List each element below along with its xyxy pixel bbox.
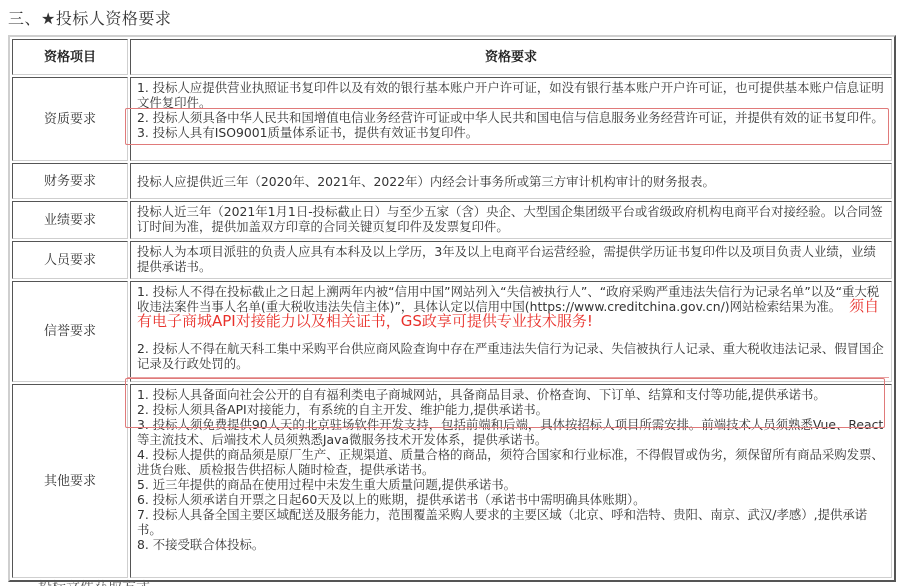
requirement-line: 1. 投标人应提供营业执照证书复印件以及有效的银行基本账户开户许可证，如没有银行… [137, 80, 885, 110]
category-cell: 信誉要求 [12, 281, 128, 382]
requirement-line: 4. 投标人提供的商品须是原厂生产、正规渠道、质量合格的商品，须符合国家和行业标… [137, 447, 885, 477]
table-row: 资质要求 1. 投标人应提供营业执照证书复印件以及有效的银行基本账户开户许可证，… [12, 77, 892, 161]
requirement-line: 投标人应提供近三年（2020年、2021年、2022年）内经会计事务所或第三方审… [137, 174, 885, 189]
category-cell: 财务要求 [12, 163, 128, 199]
requirement-cell: 1. 投标人应提供营业执照证书复印件以及有效的银行基本账户开户许可证，如没有银行… [130, 77, 892, 161]
table-header-row: 资格项目 资格要求 [12, 39, 892, 75]
requirement-line: 5. 近三年提供的商品在使用过程中未发生重大质量问题,提供承诺书。 [137, 477, 885, 492]
requirement-line: 投标人为本项目派驻的负责人应具有本科及以上学历，3年及以上电商平台运营经验，需提… [137, 244, 885, 274]
requirement-line: 投标人近三年（2021年1月1日-投标截止日）与至少五家（含）央企、大型国企集团… [137, 204, 885, 234]
header-item: 资格项目 [12, 39, 128, 75]
requirement-line: 2. 投标人须具备中华人民共和国增值电信业务经营许可证或中华人民共和国电信与信息… [137, 110, 885, 125]
header-requirement: 资格要求 [130, 39, 892, 75]
section-heading: 三、★投标人资格要求 [8, 6, 171, 29]
requirement-line: 3. 投标人须免费提供90人天的北京驻场软件开发支持，包括前端和后端，具体按招标… [137, 417, 885, 447]
table-row: 财务要求 投标人应提供近三年（2020年、2021年、2022年）内经会计事务所… [12, 163, 892, 199]
requirement-cell: 1. 投标人具备面向社会公开的自有福利类电子商城网站，具备商品目录、价格查询、下… [130, 384, 892, 578]
requirement-line: 1. 投标人具备面向社会公开的自有福利类电子商城网站，具备商品目录、价格查询、下… [137, 387, 885, 402]
table-row: 信誉要求 1. 投标人不得在投标截止之日起上溯两年内被“信用中国”网站列入“失信… [12, 281, 892, 382]
qualification-table: 资格项目 资格要求 资质要求 1. 投标人应提供营业执照证书复印件以及有效的银行… [8, 35, 896, 582]
highlight-divider [127, 377, 889, 378]
category-cell: 资质要求 [12, 77, 128, 161]
category-cell: 业绩要求 [12, 201, 128, 239]
table-row: 其他要求 1. 投标人具备面向社会公开的自有福利类电子商城网站，具备商品目录、价… [12, 384, 892, 578]
requirement-cell: 投标人为本项目派驻的负责人应具有本科及以上学历，3年及以上电商平台运营经验，需提… [130, 241, 892, 279]
requirement-line: 6. 投标人须承诺自开票之日起60天及以上的账期，提供承诺书（承诺书中需明确具体… [137, 492, 885, 507]
requirement-line: 2. 投标人不得在航天科工集中采购平台供应商风险查询中存在严重违法失信行为记录、… [137, 341, 885, 371]
table-row: 人员要求 投标人为本项目派驻的负责人应具有本科及以上学历，3年及以上电商平台运营… [12, 241, 892, 279]
requirement-line: 2. 投标人须具备API对接能力，有系统的自主开发、维护能力,提供承诺书。 [137, 402, 885, 417]
next-section-heading-cut: 投标文件获取方式 [38, 577, 150, 586]
category-cell: 人员要求 [12, 241, 128, 279]
requirement-line: 3. 投标人具有ISO9001质量体系证书，提供有效证书复印件。 [137, 125, 885, 140]
table-row: 业绩要求 投标人近三年（2021年1月1日-投标截止日）与至少五家（含）央企、大… [12, 201, 892, 239]
spacer [137, 329, 885, 341]
requirement-line: 8. 不接受联合体投标。 [137, 537, 885, 552]
requirement-line: 1. 投标人不得在投标截止之日起上溯两年内被“信用中国”网站列入“失信被执行人”… [137, 284, 879, 314]
requirement-line: 7. 投标人具备全国主要区域配送及服务能力，范围覆盖采购人要求的主要区域（北京、… [137, 507, 885, 537]
requirement-cell: 投标人近三年（2021年1月1日-投标截止日）与至少五家（含）央企、大型国企集团… [130, 201, 892, 239]
requirement-cell: 1. 投标人不得在投标截止之日起上溯两年内被“信用中国”网站列入“失信被执行人”… [130, 281, 892, 382]
requirement-cell: 投标人应提供近三年（2020年、2021年、2022年）内经会计事务所或第三方审… [130, 163, 892, 199]
category-cell: 其他要求 [12, 384, 128, 578]
